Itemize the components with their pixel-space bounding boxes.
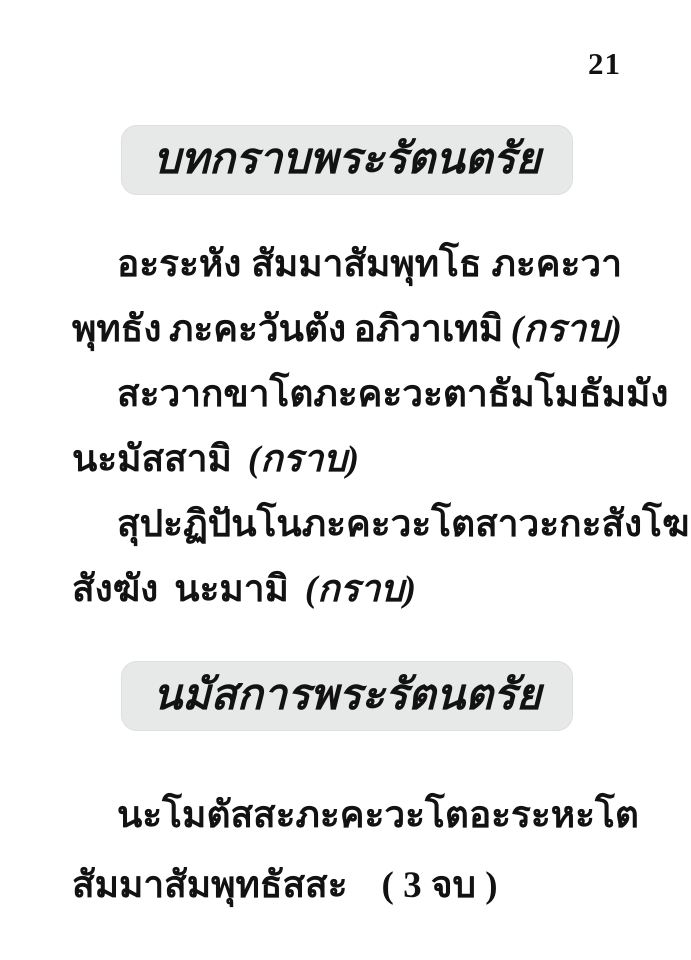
prayer-line: อะระหังสัมมาสัมพุทโธภะคะวา	[72, 231, 622, 296]
prayer-word: อภิวาเทมิ	[354, 299, 504, 358]
prayer-word: สัมมาสัมพุทโธ	[251, 234, 481, 293]
prayer-word: ภะคะวะโต	[302, 494, 475, 553]
prayer-word: นะมามิ	[174, 559, 289, 618]
section-body: นะโมตัสสะภะคะวะโตอะระหะโตสัมมาสัมพุทธัสส…	[72, 779, 622, 919]
page-number: 21	[588, 46, 621, 82]
prayer-word: สุปะฏิปันโน	[117, 494, 302, 553]
prayer-line: สัมมาสัมพุทธัสสะ( 3 จบ )	[72, 849, 622, 919]
prayer-line: สะวากขาโตภะคะวะตาธัมโมธัมมัง	[72, 361, 622, 426]
prayer-word: สัมมาสัมพุทธัสสะ	[72, 855, 348, 914]
section-header-box: นมัสการพระรัตนตรัย	[121, 661, 573, 731]
prayer-word: ภะคะวันตัง	[169, 299, 346, 358]
prayer-word: นะโม	[117, 785, 206, 844]
prayer-word: สะวากขาโต	[117, 364, 313, 423]
prayer-word: ภะคะวา	[492, 234, 622, 293]
prayer-book-page: 21 บทกราบพระรัตนตรัย อะระหังสัมมาสัมพุทโ…	[0, 0, 691, 960]
prayer-word: สาวะกะสังโฆ	[475, 494, 689, 553]
prayer-word: พุทธัง	[72, 299, 161, 358]
prayer-line: พุทธังภะคะวันตังอภิวาเทมิ(กราบ)	[72, 296, 622, 361]
prayer-line: นะมัสสามิ(กราบ)	[72, 426, 622, 491]
prayer-word: อะระหัง	[117, 234, 241, 293]
section-title: นมัสการพระรัตนตรัย	[153, 660, 541, 728]
prayer-word: ภะคะวะโต	[296, 785, 469, 844]
section-title: บทกราบพระรัตนตรัย	[153, 124, 540, 192]
prayer-word: (กราบ)	[511, 299, 622, 358]
prayer-section: บทกราบพระรัตนตรัย อะระหังสัมมาสัมพุทโธภะ…	[72, 125, 622, 621]
prayer-word: ธัมโม	[488, 364, 579, 423]
prayer-word: (กราบ)	[248, 429, 359, 488]
prayer-word: ภะคะวะตา	[313, 364, 487, 423]
page-content: บทกราบพระรัตนตรัย อะระหังสัมมาสัมพุทโธภะ…	[72, 125, 622, 919]
prayer-line: นะโมตัสสะภะคะวะโตอะระหะโต	[72, 779, 622, 849]
prayer-word: ธัมมัง	[579, 364, 668, 423]
prayer-section: นมัสการพระรัตนตรัย นะโมตัสสะภะคะวะโตอะระ…	[72, 661, 622, 919]
prayer-word: ( 3 จบ )	[382, 855, 498, 914]
section-body: อะระหังสัมมาสัมพุทโธภะคะวาพุทธังภะคะวันต…	[72, 231, 622, 621]
prayer-line: สังฆังนะมามิ(กราบ)	[72, 556, 622, 621]
prayer-word: (กราบ)	[305, 559, 416, 618]
section-header-box: บทกราบพระรัตนตรัย	[121, 125, 573, 195]
prayer-word: อะระหะโต	[469, 785, 639, 844]
prayer-line: สุปะฏิปันโนภะคะวะโตสาวะกะสังโฆ	[72, 491, 622, 556]
prayer-word: นะมัสสามิ	[72, 429, 232, 488]
prayer-word: สังฆัง	[72, 559, 158, 618]
prayer-word: ตัสสะ	[206, 785, 295, 844]
